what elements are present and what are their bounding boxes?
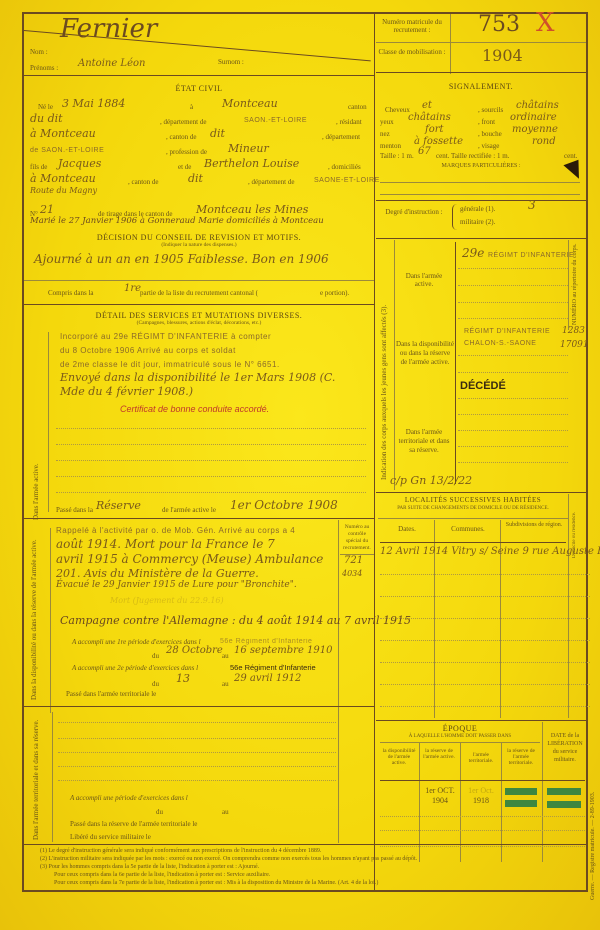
fils-de-label: fils de — [30, 163, 47, 171]
terr-du-label: du — [156, 808, 163, 816]
canton2-value: dit — [210, 127, 225, 140]
passe-date: 1er Octobre 1908 — [230, 498, 338, 512]
militaire-label: militaire (2). — [460, 218, 495, 226]
territoriale-passe-label: Passé dans l'armée territoriale le — [66, 690, 156, 698]
localite-commune: Vitry s/ Seine — [451, 546, 519, 557]
reserve-line-4: 201. Avis du Ministère de la Guerre. — [56, 567, 259, 580]
decede-stamp: DÉCÉDÉ — [460, 380, 506, 392]
departement-label: , département de — [160, 118, 206, 126]
bouche-label: , bouche — [478, 130, 502, 138]
territoriale-year: 1918 — [461, 796, 501, 805]
periode2-unit: 56e Régiment d'Infanterie — [230, 663, 316, 672]
residant-value: à Montceau — [30, 127, 96, 140]
footnote-2: (2) L'instruction militaire sera indiqué… — [40, 856, 417, 862]
dispo-number-1: 1283 — [562, 326, 585, 336]
matricule-value: 753 — [478, 12, 520, 37]
liberation-header: DATE de la LIBÉRATION du service militai… — [544, 732, 586, 764]
numero-controle-1: 721 — [344, 555, 363, 566]
service-line-3: de 2me classe le dit jour, immatriculé s… — [60, 360, 280, 369]
col-disponibilite: la disponibilité de l'armée active. — [380, 748, 418, 766]
cheveux-value: et — [422, 100, 432, 111]
localite-detail: 9 rue Auguste Blanqui — [522, 546, 600, 557]
address-note: Route du Magny — [30, 186, 97, 195]
redaction-bar — [547, 788, 581, 795]
terr-label: Dans l'armée territoriale et dans sa rés… — [398, 428, 450, 455]
generale-label: générale (1). — [460, 205, 495, 213]
departement3-label: , département de — [248, 178, 294, 186]
affectation-note: c/p Gn 13/2/22 — [390, 474, 472, 487]
canton-label: canton — [348, 103, 367, 111]
service-line-4: Envoyé dans la disponibilité le 1er Mars… — [60, 371, 335, 384]
dispo-label: Dans la disponibilité ou dans la réserve… — [396, 340, 454, 367]
front-value: ordinaire — [510, 112, 557, 123]
matricule-label: Numéro matricule du recrutement : — [378, 18, 446, 34]
periode2-au-label: au — [222, 680, 229, 688]
libere-label: Libéré du service militaire le — [70, 833, 151, 841]
departement3-value: SAONE-ET-LOIRE — [314, 177, 380, 184]
active-side-label: Dans l'armée active. — [32, 340, 40, 520]
menton-label: menton — [380, 142, 401, 150]
footnote-5: Pour ceux compris dans la 7e partie de l… — [54, 880, 378, 886]
prenoms-value: Antoine Léon — [78, 58, 145, 69]
service-line-1: Incorporé au 29e RÉGIMT D'INFANTERIE à c… — [60, 332, 271, 341]
etat-civil-title: ÉTAT CIVIL — [24, 84, 374, 93]
numero-controle-header: Numéro au contrôle spécial du recrutemen… — [340, 524, 374, 552]
footnote-3: (3) Pour les hommes compris dans la 5e p… — [40, 864, 259, 870]
nez-label: nez — [380, 130, 390, 138]
birth-place: Montceau — [222, 97, 278, 110]
canton-value: du dit — [30, 112, 63, 125]
birth-date: 3 Mai 1884 — [62, 97, 125, 110]
canton3-value: dit — [188, 172, 203, 185]
services-subtitle: (Campagnes, blessures, actions d'éclat, … — [24, 320, 374, 326]
periode1-du-label: du — [152, 652, 159, 660]
periode2-du-label: du — [152, 680, 159, 688]
localites-subtitle: PAR SUITE DE CHANGEMENTS DE DOMICILE OU … — [378, 506, 568, 511]
canton2-label: , canton de — [166, 133, 197, 141]
decision-title: DÉCISION DU CONSEIL DE REVISION ET MOTIF… — [24, 233, 374, 242]
marques-label: MARQUES PARTICULIÈRES : — [376, 163, 586, 169]
passe-value: Réserve — [96, 499, 141, 512]
visage-label: , visage — [478, 142, 499, 150]
taille-value: 67 — [418, 146, 431, 157]
portion-suffix: e portion). — [320, 289, 349, 297]
localite-date: 12 Avril 1914 — [380, 546, 448, 557]
localites-title: LOCALITÉS SUCCESSIVES HABITÉES — [378, 496, 568, 504]
dispo-stamp-1: RÉGIMT D'INFANTERIE — [464, 328, 550, 335]
reserve-line-3: avril 1915 à Commercy (Meuse) Ambulance — [56, 552, 323, 566]
reserve-line-1: Rappelé à l'activité par o. de Mob. Gén.… — [56, 526, 295, 535]
territoriale-date: 1er Oct. — [461, 786, 501, 795]
territoriale-side-label: Dans l'armée territoriale et dans sa rés… — [32, 740, 50, 840]
active-value-hand: 29e — [462, 246, 484, 260]
service-line-5: Mde du 4 février 1908.) — [60, 385, 193, 398]
passe-mid: de l'armée active le — [162, 506, 216, 514]
col-reserve-territoriale: la réserve de l'armée territoriale. — [502, 748, 540, 766]
profession-value: Mineur — [228, 142, 269, 155]
et-de-label: et de — [178, 163, 191, 171]
residant-label: , résidant — [336, 118, 362, 126]
nez-value: fort — [425, 124, 444, 135]
service-line-2: du 8 Octobre 1906 Arrivé au corps et sol… — [60, 346, 236, 355]
localite-row-1: 12 Avril 1914 Vitry s/ Seine 9 rue Augus… — [380, 546, 600, 557]
yeux-value: châtains — [408, 112, 451, 123]
reserve-line-5: Évacué le 29 Janvier 1915 de Lure pour "… — [56, 580, 297, 590]
decision-value: Ajourné à un an en 1905 Faiblesse. Bon e… — [34, 252, 329, 266]
prenoms-label: Prénoms : — [30, 64, 58, 72]
numero-controle-2: 4034 — [342, 569, 362, 578]
visage-value: rond — [532, 136, 556, 147]
periode2-label: A accompli une 2e période d'exercices da… — [72, 664, 198, 672]
compris-value: 1re — [124, 283, 141, 294]
campagne-line: Campagne contre l'Allemagne : du 4 août … — [60, 614, 411, 627]
ne-le-label: Né le — [38, 103, 53, 111]
sourcils-value: châtains — [516, 100, 559, 111]
footnote-1: (1) Le degré d'instruction générale sera… — [40, 848, 321, 854]
domicile-value: à Montceau — [30, 172, 96, 185]
services-title: DÉTAIL DES SERVICES ET MUTATIONS DIVERSE… — [24, 311, 374, 320]
classe-value: 1904 — [482, 46, 523, 65]
nom-label: Nom : — [30, 48, 48, 56]
epoque-subtitle: À LAQUELLE L'HOMME DOIT PASSER DANS — [380, 734, 540, 739]
epoque-title: ÉPOQUE — [380, 724, 540, 733]
periode1-au-label: au — [222, 652, 229, 660]
passe-label: Passé dans la — [56, 506, 93, 514]
periode1-au: 16 septembre 1910 — [234, 645, 333, 656]
taille-label: Taille : 1 m. — [380, 152, 414, 160]
surnom-label: Surnom : — [218, 58, 244, 66]
reserve-side-label: Dans la disponibilité ou dans la réserve… — [30, 540, 48, 700]
terr-periode-label: A accompli une période d'exercices dans … — [70, 794, 188, 802]
faded-note: Mort (Jugement du 22.9.16) — [110, 596, 224, 605]
periode1-unit: 56e Régiment d'Infanterie — [220, 638, 312, 645]
father-name: Jacques — [58, 157, 101, 170]
terr-reserve-label: Passé dans la réserve de l'armée territo… — [70, 820, 197, 828]
compris-prefix: Compris dans la — [48, 289, 94, 297]
profession-label: , profession de — [166, 148, 207, 156]
classe-label: Classe de mobilisation : — [378, 48, 446, 56]
instruction-label: Degré d'instruction : — [378, 208, 450, 216]
generale-value: 3 — [528, 198, 536, 212]
tirage-no: 21 — [40, 203, 54, 216]
footnote-4: Pour ceux compris dans la 6e partie de l… — [54, 872, 270, 878]
mother-name: Berthelon Louise — [204, 157, 299, 170]
certificat-line: Certificat de bonne conduite accordé. — [120, 404, 269, 414]
signalement-title: SIGNALEMENT. — [376, 82, 586, 91]
terr-au-label: au — [222, 808, 229, 816]
dispo-number-2: 17091 — [560, 340, 589, 350]
compris-suffix: partie de la liste du recrutement canton… — [140, 289, 258, 297]
domicilies-label: , domiciliés — [328, 163, 361, 171]
bouche-value: moyenne — [512, 124, 558, 135]
birth-place-label: à — [190, 103, 193, 111]
cheveux-label: Cheveux — [385, 106, 410, 114]
reserve-active-date: 1er OCT. — [420, 786, 460, 795]
document-page: Nom : Fernier Prénoms : Antoine Léon Sur… — [0, 0, 600, 930]
periode2-du: 13 — [176, 672, 190, 685]
sourcils-label: , sourcils — [478, 106, 503, 114]
col-subdivisions: Subdivisions de région. — [502, 522, 566, 528]
margin-print: Guerre. — Registre matricule. — 2-89-190… — [590, 740, 596, 900]
departement2-label: , département — [322, 133, 360, 141]
periode1-du: 28 Octobre — [166, 645, 223, 656]
front-label: , front — [478, 118, 495, 126]
periode2-au: 29 avril 1912 — [234, 673, 301, 684]
canton3-label: , canton de — [128, 178, 159, 186]
tirage-canton: Montceau les Mines — [196, 203, 308, 216]
taille-cent-label: cent. Taille rectifiée : 1 m. — [436, 152, 509, 160]
taille-cent2-label: cent. — [564, 152, 577, 160]
yeux-label: yeux — [380, 118, 394, 126]
active-label: Dans l'armée active. — [398, 272, 450, 288]
redaction-bar — [505, 788, 537, 795]
reserve-active-year: 1904 — [420, 796, 460, 805]
marriage-note: Marié le 27 Janvier 1906 à Gonneraud Mar… — [30, 216, 324, 226]
departement2-value: de SAON.-ET-LOIRE — [30, 147, 104, 154]
dispo-stamp-2: CHALON-S.-SAONE — [464, 340, 536, 347]
matricule-mark: X — [536, 8, 555, 38]
col-communes: Communes. — [436, 525, 500, 533]
redaction-bar — [505, 800, 537, 807]
affectation-side-label: Indication des corps auxquels les jeunes… — [380, 250, 388, 480]
active-value-stamp: RÉGIMT D'INFANTERIE — [488, 252, 574, 259]
col-territoriale: l'armée territoriale. — [462, 752, 500, 764]
redaction-bar — [547, 801, 581, 808]
col-dates: Dates. — [380, 525, 434, 533]
departement-value: SAON.-ET-LOIRE — [244, 117, 307, 124]
col-reserve-active: la réserve de l'armée active. — [420, 748, 458, 760]
reserve-line-2: août 1914. Mort pour la France le 7 — [56, 537, 275, 551]
decision-subtitle: (Indiquer la nature des dispenses.) — [24, 242, 374, 248]
